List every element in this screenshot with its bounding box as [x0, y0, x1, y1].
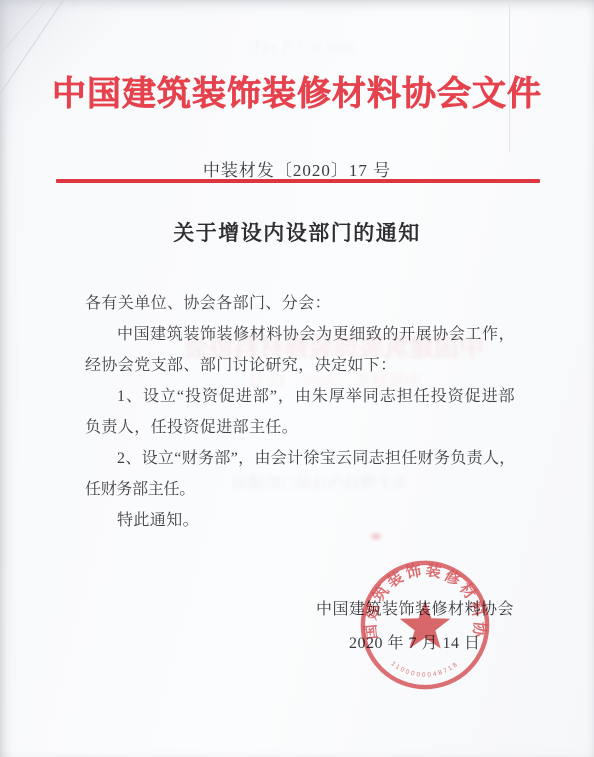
scanned-document-page: 2020 年 7 月 14 日 中国建筑装饰装修材料协会 中装材发〔2020〕1… [0, 0, 594, 757]
bleedthrough-text: 2020 年 7 月 14 日 [150, 38, 450, 58]
paper-crease [0, 1, 47, 59]
document-number: 中装材发〔2020〕17 号 [0, 156, 594, 181]
paragraph: 中国建筑装饰装修材料协会为更细致的开展协会工作，经协会党支部、部门讨论研究，决定… [85, 319, 515, 381]
official-seal: 中国建筑装饰装修材料协会 1100000048718 [356, 556, 494, 694]
paragraph: 2、设立“财务部”，由会计徐宝云同志担任财务负责人，任财务部主任。 [85, 443, 515, 505]
paragraph: 特此通知。 [85, 505, 515, 536]
notice-title: 关于增设内设部门的通知 [0, 217, 594, 247]
seal-serial-number: 1100000048718 [390, 660, 461, 679]
seal-star-icon [400, 600, 451, 648]
salutation: 各有关单位、协会各部门、分会： [85, 288, 515, 319]
red-separator-rule [56, 179, 540, 183]
letterhead-title: 中国建筑装饰装修材料协会文件 [0, 66, 594, 115]
paragraph: 1、设立“投资促进部”，由朱厚举同志担任投资促进部负责人，任投资促进部主任。 [85, 381, 515, 443]
notice-body: 各有关单位、协会各部门、分会： 中国建筑装饰装修材料协会为更细致的开展协会工作，… [85, 288, 515, 536]
